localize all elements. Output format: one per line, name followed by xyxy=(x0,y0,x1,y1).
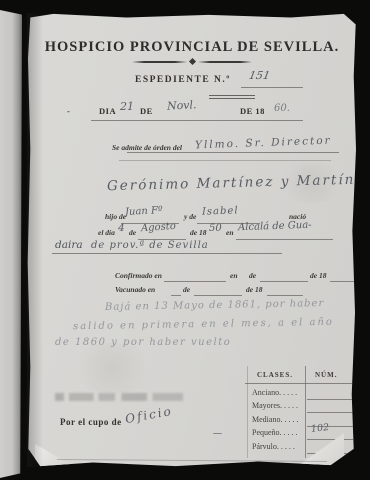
table-column-divider xyxy=(305,366,306,458)
cupo-value: Oficio xyxy=(124,404,174,426)
ornament-divider xyxy=(132,59,252,64)
birth-month-value: Agosto xyxy=(141,221,177,234)
month-value: Novl. xyxy=(167,98,197,113)
confirmado-de18-label: de 18 xyxy=(310,271,326,280)
folded-corner-left xyxy=(35,444,75,467)
year-value: 60. xyxy=(274,103,290,114)
table-border-left xyxy=(247,366,248,458)
pequeno-num-value: 102 xyxy=(310,422,329,435)
underline xyxy=(267,295,303,296)
diamond-ornament xyxy=(188,58,195,65)
underline xyxy=(127,152,339,153)
underline xyxy=(52,253,282,254)
stain xyxy=(277,163,347,203)
underline xyxy=(241,87,303,88)
note-line-3: de 1860 y por haber vuelto xyxy=(55,337,231,348)
de18-label2: de 18 xyxy=(190,228,206,237)
table-header-rule xyxy=(245,383,357,384)
note-line-1: Bajá en 13 Mayo de 1861, por haber xyxy=(105,298,324,313)
expediente-number: 151 xyxy=(248,69,271,82)
page-title: HOSPICIO PROVINCIAL DE SEVILLA. xyxy=(27,39,357,56)
adjacent-page-edge xyxy=(0,10,22,478)
el-dia-label: el día xyxy=(98,228,115,237)
dash-mark: - xyxy=(67,106,70,116)
photographed-document: HOSPICIO PROVINCIAL DE SEVILLA. ESPEDIEN… xyxy=(0,0,370,480)
admit-value: Yllmo. Sr. Director xyxy=(195,135,332,152)
birth-province: de prov.ª de Sevilla xyxy=(91,240,209,251)
num-cell-rule xyxy=(307,399,353,400)
birth-place-line1: Alcalá de Gua- xyxy=(238,220,312,234)
table-row: Anciano. . . . . xyxy=(252,388,297,397)
table-row: Párvulo. . . . . xyxy=(252,442,295,451)
de18-label: DE 18 xyxy=(240,106,265,116)
num-cell-rule xyxy=(307,412,353,413)
mother-name: Isabel xyxy=(202,205,239,217)
confirmado-en-label: en xyxy=(230,271,238,280)
table-row: Mayores. . . . . xyxy=(252,401,298,410)
birth-day-value: 4 xyxy=(118,222,125,234)
row-mark-dash: — xyxy=(213,429,222,439)
sub-divider xyxy=(209,95,255,99)
underline xyxy=(171,295,181,296)
vacunado-de-label: de xyxy=(183,285,190,294)
num-cell-rule xyxy=(307,439,353,440)
day-value: 21 xyxy=(120,100,134,113)
divider-bar xyxy=(198,61,253,63)
vacunado-label: Vacunado en xyxy=(115,285,155,294)
underline xyxy=(260,281,308,282)
hijo-de-label: hijo de xyxy=(105,212,126,221)
underline xyxy=(330,281,355,282)
table-header-clases: CLASES. xyxy=(257,371,293,379)
birth-place-line2: daira xyxy=(55,239,83,251)
en-label: en xyxy=(226,228,234,237)
note-line-2: salido en primera en el mes, a el año xyxy=(73,317,334,333)
underline xyxy=(194,295,242,296)
stain xyxy=(67,343,157,393)
divider-bar xyxy=(132,61,187,63)
y-de-label: y de xyxy=(184,212,196,221)
vacunado-de18-label: de 18 xyxy=(246,285,262,294)
underline xyxy=(164,281,226,282)
underline xyxy=(236,239,333,240)
table-row: Mediano. . . . . xyxy=(252,415,298,424)
bottom-crease xyxy=(57,459,327,462)
underline xyxy=(119,160,331,161)
admit-label: Se admite de órden del xyxy=(112,143,182,152)
document-page: HOSPICIO PROVINCIAL DE SEVILLA. ESPEDIEN… xyxy=(27,13,357,467)
confirmado-label: Confirmado en xyxy=(115,271,162,280)
underline xyxy=(91,120,303,121)
de-label: DE xyxy=(140,106,153,116)
birth-year-value: 50 xyxy=(209,223,222,234)
father-name: Juan Fº xyxy=(125,205,163,218)
confirmado-de-label: de xyxy=(249,271,256,280)
cupo-label: Por el cupo de xyxy=(60,417,122,427)
bleedthrough-smudge xyxy=(55,393,183,401)
expediente-label: ESPEDIENTE N.º xyxy=(135,75,231,85)
dia-label: DIA xyxy=(99,106,116,116)
table-row: Pequeño. . . . . xyxy=(252,428,298,437)
table-header-num: NÚM. xyxy=(315,371,337,379)
de-label2: de xyxy=(129,228,136,237)
